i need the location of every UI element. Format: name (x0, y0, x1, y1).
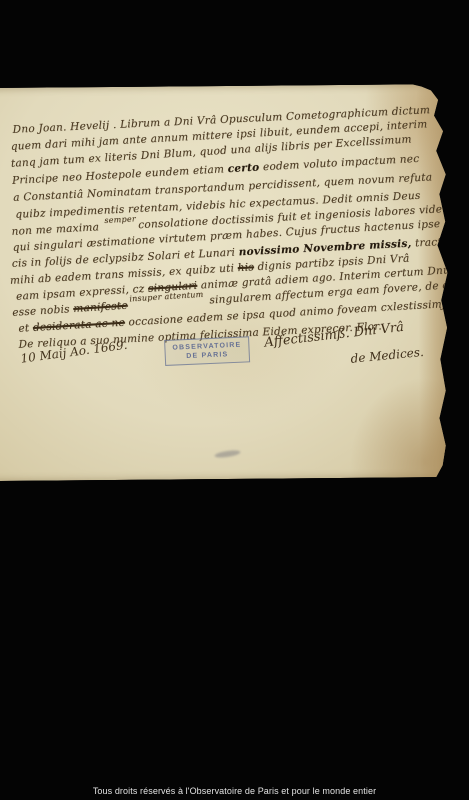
letter-page: Dno Joan. Hevelij . Librum a Dni Vrâ Opu… (0, 84, 458, 481)
manuscript-struck-word: his (237, 261, 254, 274)
manuscript-text: non me maxima (11, 221, 103, 238)
scan-background: Dno Joan. Hevelij . Librum a Dni Vrâ Opu… (0, 0, 469, 800)
manuscript-text: et (18, 322, 33, 335)
manuscript-inserted-word: semper (104, 214, 136, 225)
ink-smudge (214, 449, 241, 459)
manuscript-text: eodem voluto impactum nec (259, 153, 420, 174)
manuscript-struck-word: desiderata ac ne (33, 317, 126, 334)
manuscript-text: tractantibz (411, 234, 469, 249)
manuscript-text: esse nobis (12, 303, 74, 319)
copyright-caption: Tous droits réservés à l'Observatoire de… (0, 786, 469, 796)
observatoire-de-paris-stamp: OBSERVATOIRE DE PARIS (164, 336, 250, 366)
manuscript-overwritten-word: certo (227, 161, 259, 175)
manuscript-struck-word: manifeste (73, 300, 128, 315)
signature-line-2: de Medices. (350, 345, 424, 366)
